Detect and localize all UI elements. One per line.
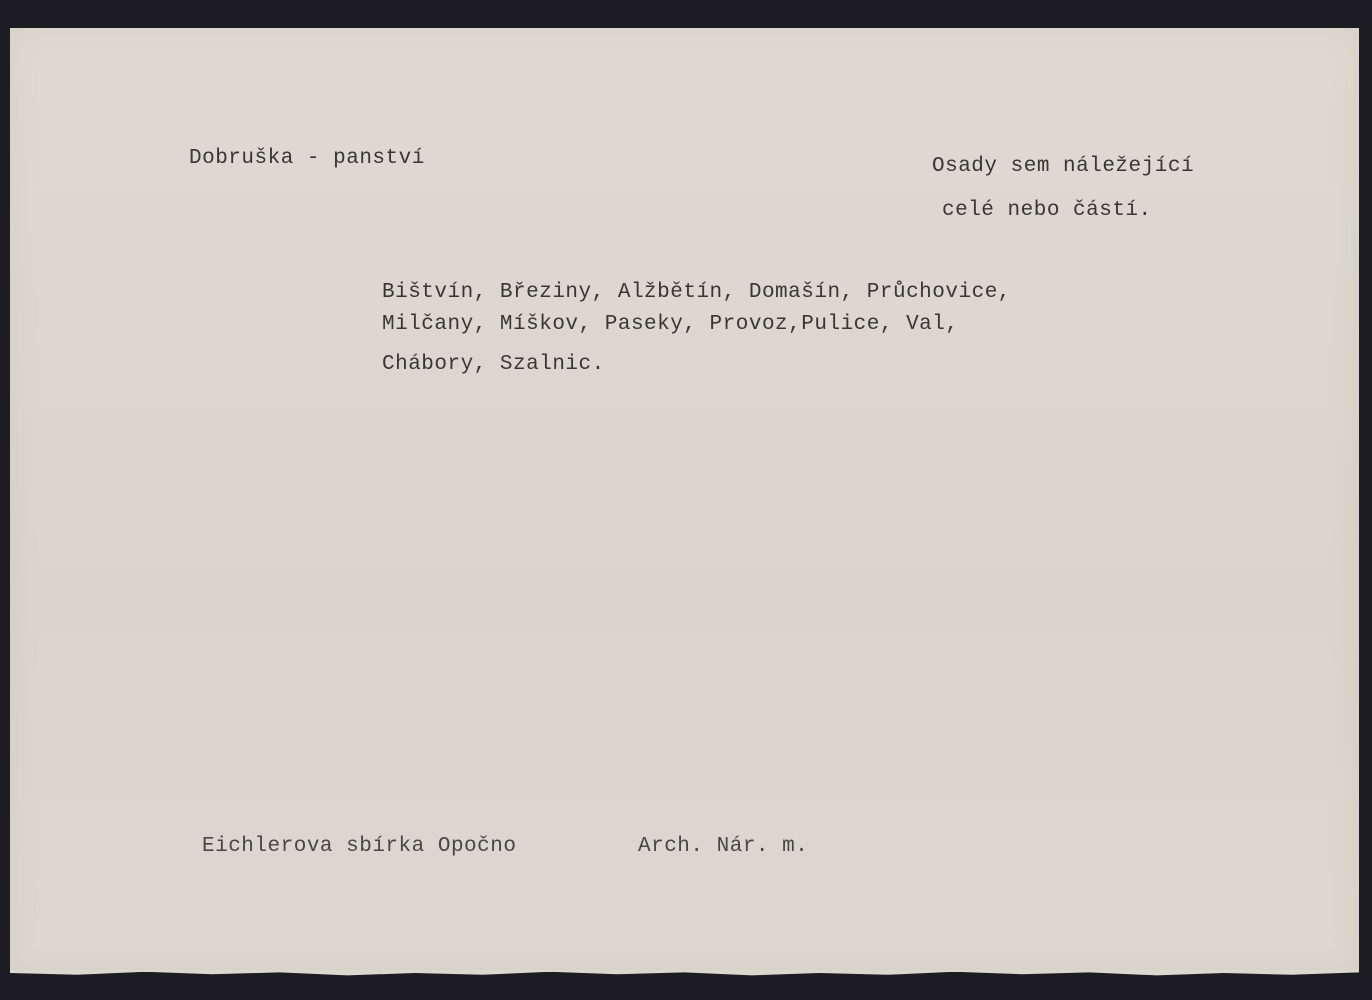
collection-source: Eichlerova sbírka Opočno [202,836,516,857]
archive-reference: Arch. Nár. m. [638,836,808,857]
settlements-heading-line2: celé nebo částí. [942,200,1152,221]
settlements-list-line3: Chábory, Szalnic. [382,354,605,375]
estate-title: Dobruška - panství [189,148,425,169]
settlements-list-line1: Bištvín, Březiny, Alžbětín, Domašín, Prů… [382,282,1011,303]
settlements-heading-line1: Osady sem náležející [932,156,1194,177]
archive-index-card: Dobruška - panství Osady sem náležející … [10,28,1359,972]
settlements-list-line2: Milčany, Míškov, Paseky, Provoz,Pulice, … [382,314,959,335]
